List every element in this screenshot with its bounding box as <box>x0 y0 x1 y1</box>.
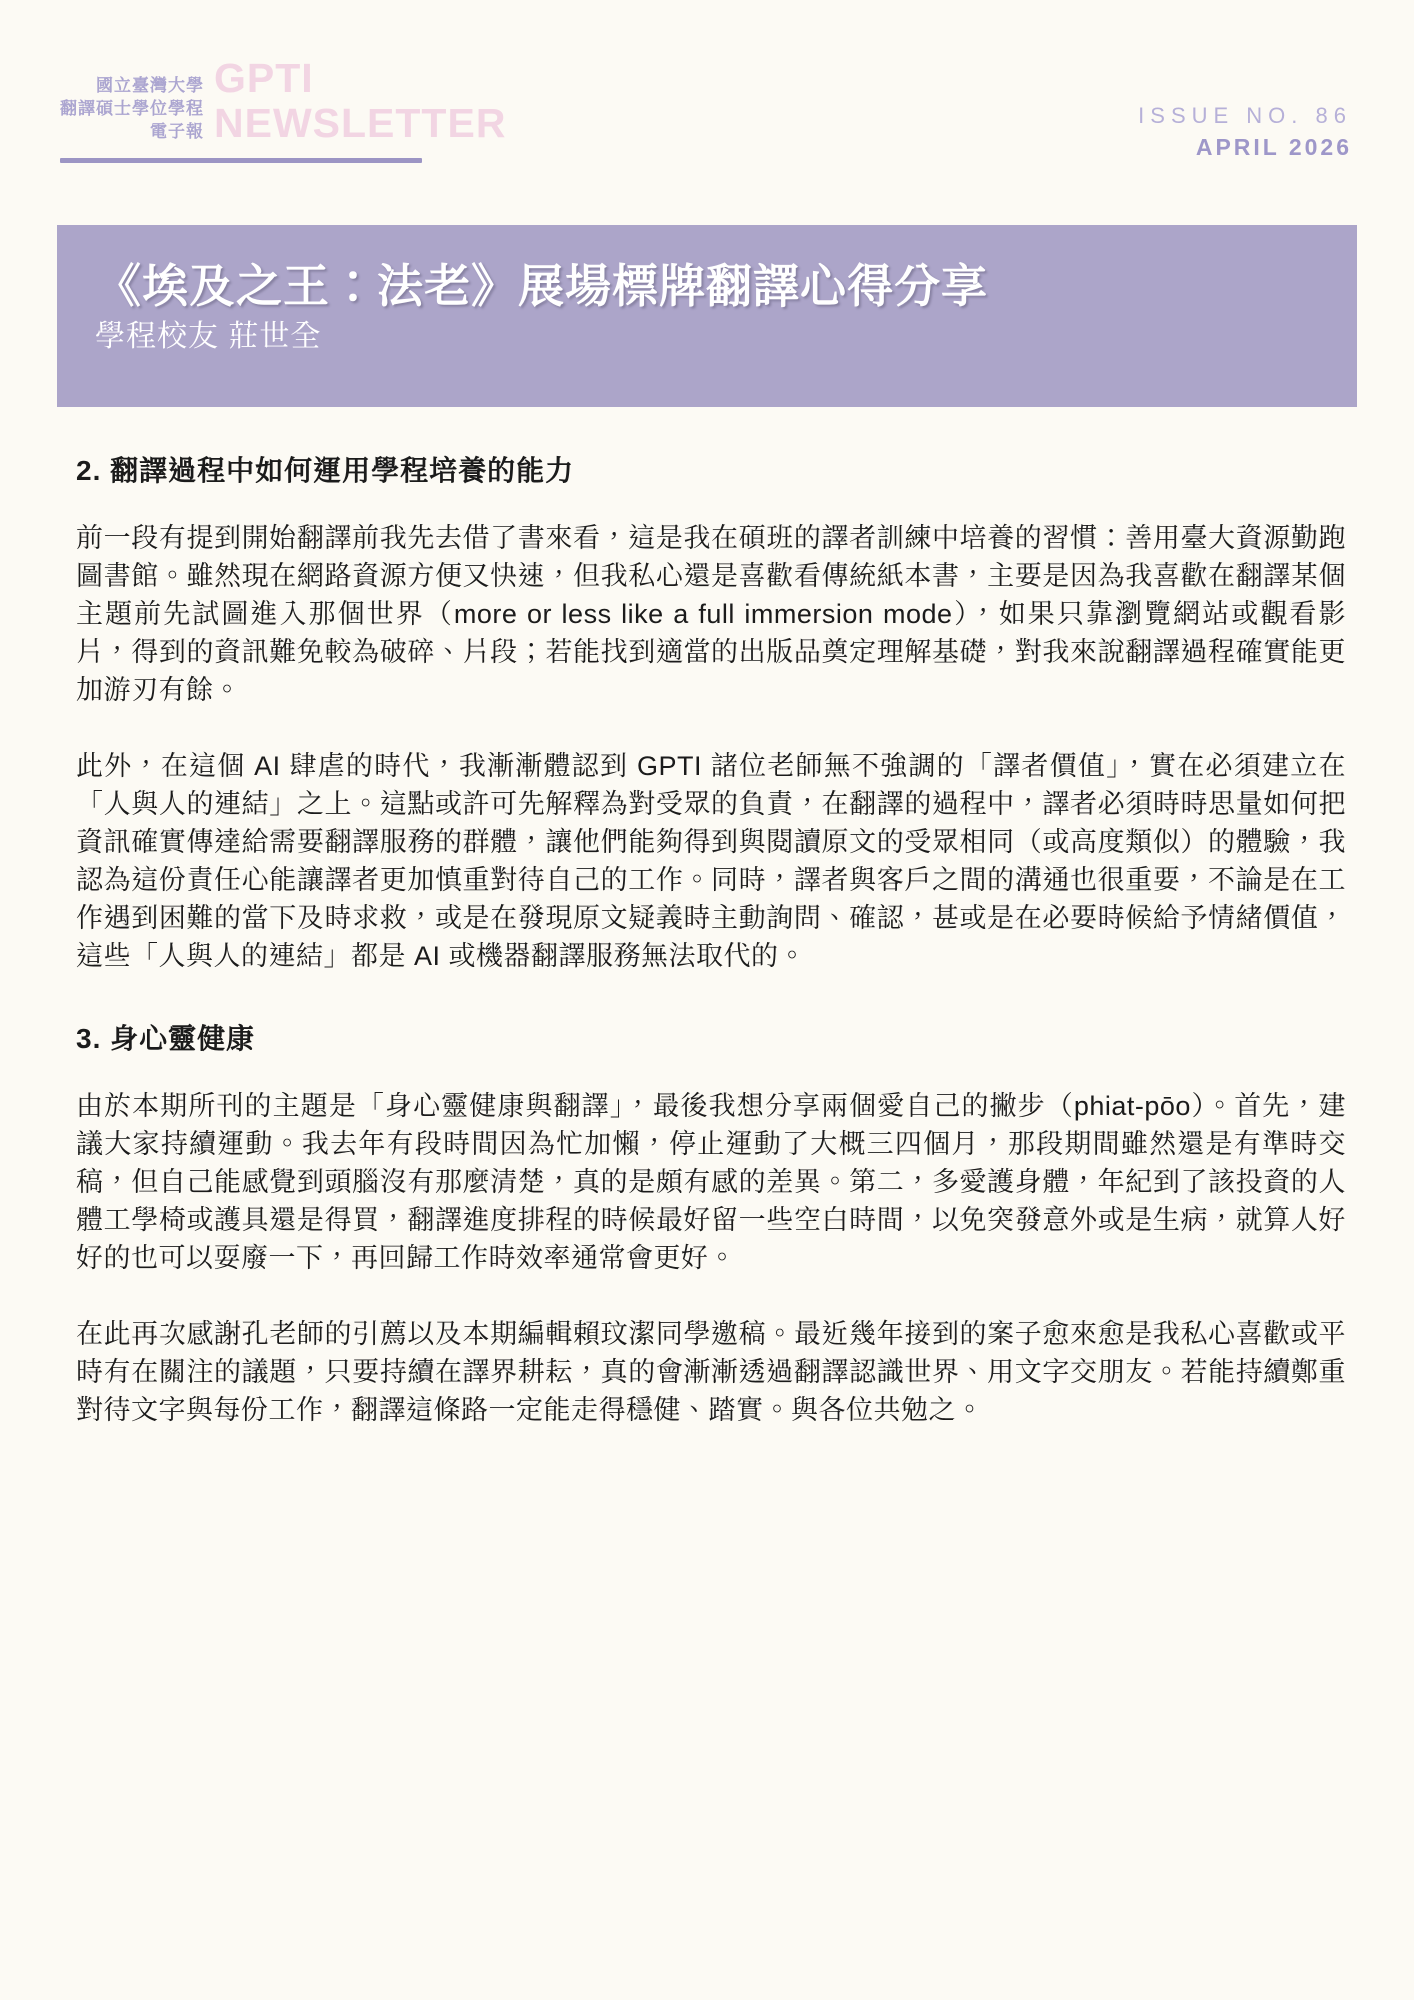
article-author: 學程校友 莊世全 <box>95 317 1317 357</box>
logo-underline-rule <box>60 158 422 163</box>
wordmark-line-1: GPTI <box>214 56 506 101</box>
program-line-2: 翻譯碩士學位學程 <box>60 97 204 120</box>
logo-block: 國立臺灣大學 翻譯碩士學位學程 電子報 GPTI NEWSLETTER <box>60 56 506 163</box>
issue-block: ISSUE NO. 86 APRIL 2026 <box>1138 103 1352 163</box>
article-title: 《埃及之王：法老》展場標牌翻譯心得分享 <box>95 259 1317 313</box>
gpti-newsletter-wordmark: GPTI NEWSLETTER <box>214 56 506 146</box>
section-heading-2: 2. 翻譯過程中如何運用學程培養的能力 <box>76 453 1346 489</box>
paragraph: 在此再次感謝孔老師的引薦以及本期編輯賴玟潔同學邀稿。最近幾年接到的案子愈來愈是我… <box>76 1315 1346 1429</box>
program-line-1: 國立臺灣大學 <box>60 74 204 97</box>
article-body: 2. 翻譯過程中如何運用學程培養的能力 前一段有提到開始翻譯前我先去借了書來看，… <box>0 453 1414 1429</box>
article-title-banner: 《埃及之王：法老》展場標牌翻譯心得分享 學程校友 莊世全 <box>57 225 1357 407</box>
newsletter-header: 國立臺灣大學 翻譯碩士學位學程 電子報 GPTI NEWSLETTER ISSU… <box>0 0 1414 163</box>
program-name: 國立臺灣大學 翻譯碩士學位學程 電子報 <box>60 74 204 146</box>
issue-number: ISSUE NO. 86 <box>1138 103 1352 129</box>
section-heading-3: 3. 身心靈健康 <box>76 1021 1346 1057</box>
issue-date: APRIL 2026 <box>1138 134 1352 161</box>
newsletter-page: 國立臺灣大學 翻譯碩士學位學程 電子報 GPTI NEWSLETTER ISSU… <box>0 0 1414 2000</box>
logo-row: 國立臺灣大學 翻譯碩士學位學程 電子報 GPTI NEWSLETTER <box>60 56 506 146</box>
wordmark-line-2: NEWSLETTER <box>214 101 506 146</box>
program-line-3: 電子報 <box>60 120 204 143</box>
paragraph: 前一段有提到開始翻譯前我先去借了書來看，這是我在碩班的譯者訓練中培養的習慣：善用… <box>76 519 1346 709</box>
paragraph: 此外，在這個 AI 肆虐的時代，我漸漸體認到 GPTI 諸位老師無不強調的「譯者… <box>76 747 1346 975</box>
paragraph: 由於本期所刊的主題是「身心靈健康與翻譯」，最後我想分享兩個愛自己的撇步（phia… <box>76 1087 1346 1277</box>
